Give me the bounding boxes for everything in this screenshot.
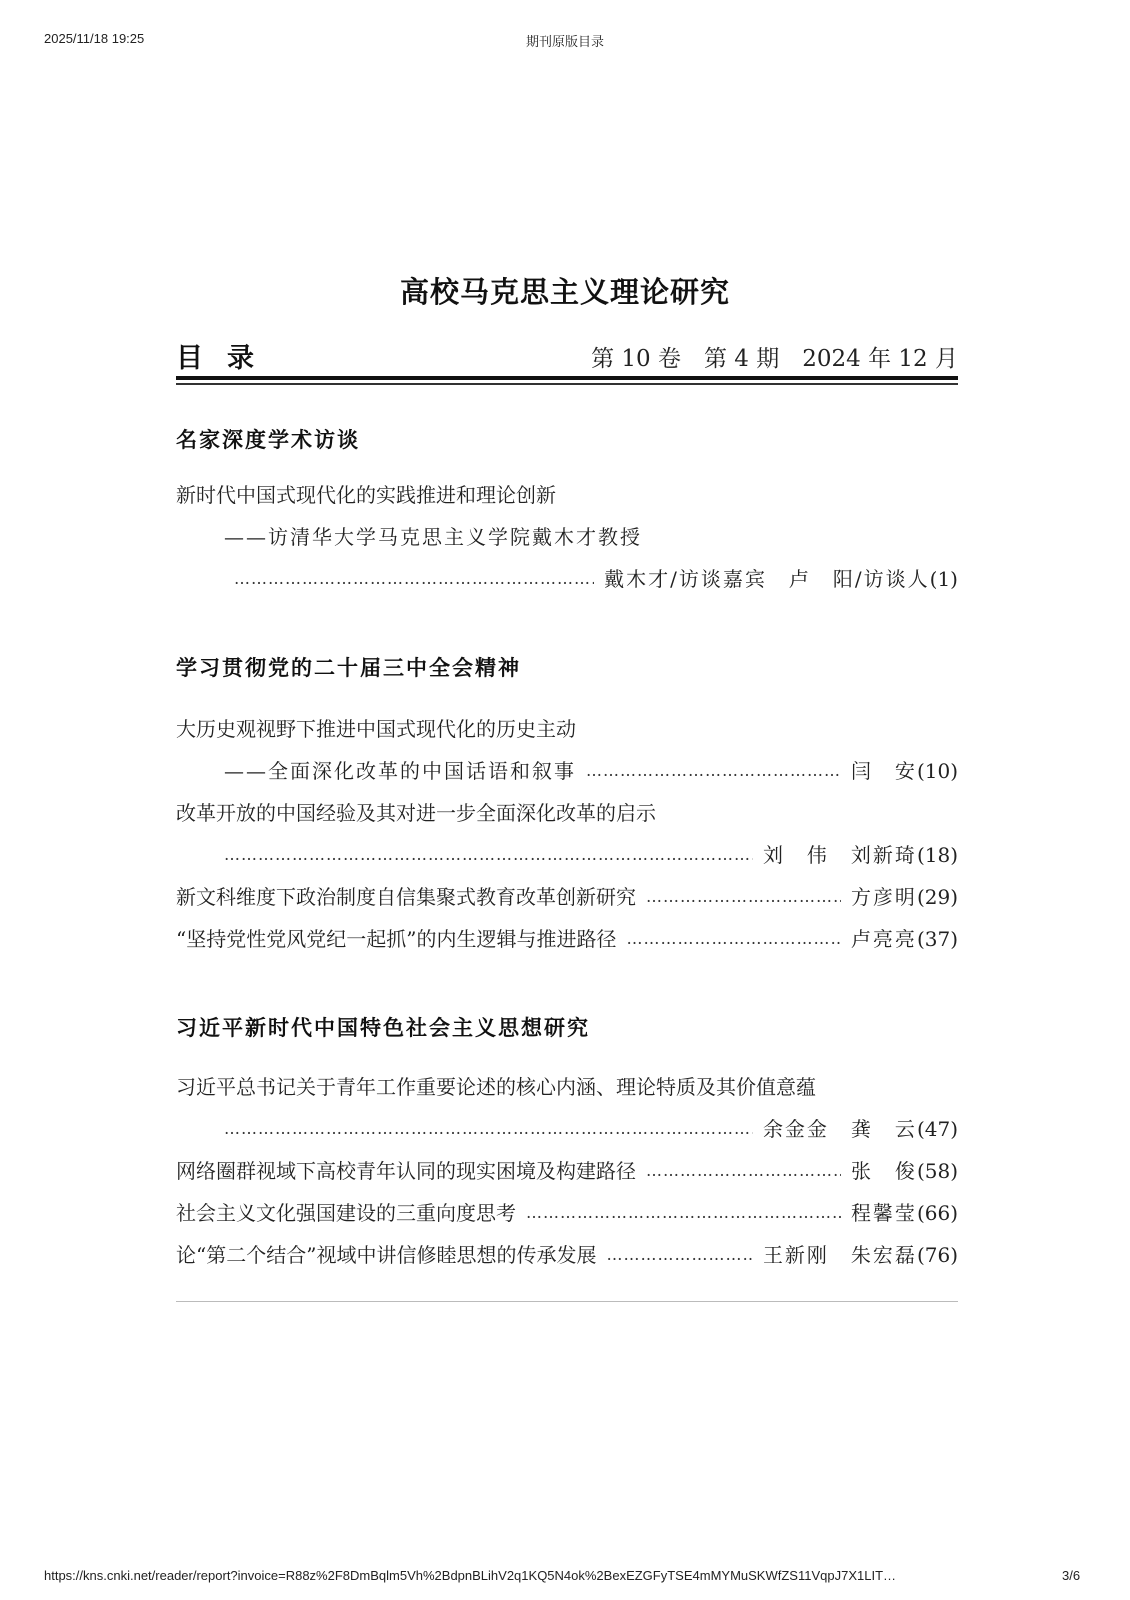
- toc-entry-authors: 方彦明: [851, 876, 917, 918]
- toc-entry-title[interactable]: 习近平总书记关于青年工作重要论述的核心内涵、理论特质及其价值意蕴: [176, 1066, 958, 1108]
- print-page-indicator: 3/6: [1062, 1568, 1080, 1583]
- toc-entry[interactable]: 论“第二个结合”视域中讲信修睦思想的传承发展 ………………………………………………: [176, 1234, 958, 1276]
- section-title: 学习贯彻党的二十届三中全会精神: [176, 652, 958, 692]
- toc-entry[interactable]: 网络圈群视域下高校青年认同的现实困境及构建路径 ……………………………………………: [176, 1150, 958, 1192]
- toc-entry-page[interactable]: (76): [917, 1234, 958, 1276]
- toc-entry-byline: ……………………………………………………………………………………………………………: [176, 558, 958, 600]
- toc-entry-authors: 王新刚 朱宏磊: [763, 1234, 917, 1276]
- toc-entry-title[interactable]: 新时代中国式现代化的实践推进和理论创新: [176, 474, 958, 516]
- dot-leader: ……………………………………………………………………………………………………………: [234, 558, 594, 600]
- toc-entry-title[interactable]: 改革开放的中国经验及其对进一步全面深化改革的启示: [176, 792, 958, 834]
- print-url: https://kns.cnki.net/reader/report?invoi…: [44, 1568, 896, 1583]
- dot-leader: ……………………………………………………………………………………………………………: [224, 1108, 753, 1150]
- dot-leader: ……………………………………………………………………………………………………………: [646, 876, 841, 918]
- toc-entry-subtitle: ——访清华大学马克思主义学院戴木才教授: [176, 516, 958, 558]
- toc-entry-page[interactable]: (10): [917, 750, 958, 792]
- toc-entry-page[interactable]: (47): [917, 1108, 958, 1150]
- toc-entry-subtitle: ——全面深化改革的中国话语和叙事: [224, 750, 576, 792]
- toc-entry[interactable]: 社会主义文化强国建设的三重向度思考 ……………………………………………………………: [176, 1192, 958, 1234]
- toc-entry-page[interactable]: (66): [917, 1192, 958, 1234]
- toc-entry-title[interactable]: 网络圈群视域下高校青年认同的现实困境及构建路径: [176, 1150, 636, 1192]
- toc-entry-title[interactable]: “坚持党性党风党纪一起抓”的内生逻辑与推进路径: [176, 918, 616, 960]
- dot-leader: ……………………………………………………………………………………………………………: [606, 1234, 752, 1276]
- toc-entry-authors: 卢亮亮: [851, 918, 917, 960]
- toc-entry-byline: ……………………………………………………………………………………………………………: [176, 834, 958, 876]
- toc-entry-page[interactable]: (58): [917, 1150, 958, 1192]
- toc-entry-title[interactable]: 新文科维度下政治制度自信集聚式教育改革创新研究: [176, 876, 636, 918]
- toc-entry[interactable]: “坚持党性党风党纪一起抓”的内生逻辑与推进路径 ……………………………………………: [176, 918, 958, 960]
- toc-entry-byline: ——全面深化改革的中国话语和叙事 ………………………………………………………………: [176, 750, 958, 792]
- toc-entry-page[interactable]: (29): [917, 876, 958, 918]
- header-double-rule: [176, 376, 958, 385]
- toc-entry-authors: 戴木才/访谈嘉宾 卢 阳/访谈人: [604, 558, 929, 600]
- toc-entry-page[interactable]: (37): [917, 918, 958, 960]
- dot-leader: ……………………………………………………………………………………………………………: [224, 834, 753, 876]
- bottom-rule: [176, 1301, 958, 1302]
- section-title: 名家深度学术访谈: [176, 424, 958, 464]
- journal-title: 高校马克思主义理论研究: [0, 270, 1130, 311]
- toc-entry-authors: 刘 伟 刘新琦: [763, 834, 917, 876]
- toc-label: 目录: [176, 336, 278, 375]
- section-xi-thought: 习近平新时代中国特色社会主义思想研究 习近平总书记关于青年工作重要论述的核心内涵…: [176, 1012, 958, 1276]
- toc-entry-title[interactable]: 大历史观视野下推进中国式现代化的历史主动: [176, 708, 958, 750]
- toc-entry-byline: ……………………………………………………………………………………………………………: [176, 1108, 958, 1150]
- toc-entry-page[interactable]: (1): [930, 558, 958, 600]
- dot-leader: ……………………………………………………………………………………………………………: [586, 750, 841, 792]
- toc-entry-authors: 程馨莹: [851, 1192, 917, 1234]
- toc-entry-authors: 闫 安: [851, 750, 917, 792]
- toc-header: 目录 第 10 卷 第 4 期 2024 年 12 月: [176, 336, 958, 372]
- section-third-plenum: 学习贯彻党的二十届三中全会精神 大历史观视野下推进中国式现代化的历史主动 ——全…: [176, 652, 958, 960]
- toc-entry-authors: 余金金 龚 云: [763, 1108, 917, 1150]
- dot-leader: ……………………………………………………………………………………………………………: [526, 1192, 841, 1234]
- dot-leader: ……………………………………………………………………………………………………………: [646, 1150, 841, 1192]
- toc-entry-title[interactable]: 论“第二个结合”视域中讲信修睦思想的传承发展: [176, 1234, 596, 1276]
- print-header: 2025/11/18 19:25 期刊原版目录: [0, 0, 1130, 60]
- toc-entry[interactable]: 新文科维度下政治制度自信集聚式教育改革创新研究 ……………………………………………: [176, 876, 958, 918]
- section-interviews: 名家深度学术访谈 新时代中国式现代化的实践推进和理论创新 ——访清华大学马克思主…: [176, 424, 958, 600]
- dot-leader: ……………………………………………………………………………………………………………: [626, 918, 840, 960]
- section-title: 习近平新时代中国特色社会主义思想研究: [176, 1012, 958, 1052]
- issue-info: 第 10 卷 第 4 期 2024 年 12 月: [591, 340, 958, 373]
- print-page-title: 期刊原版目录: [0, 31, 1130, 50]
- toc-entry-page[interactable]: (18): [917, 834, 958, 876]
- toc-entry-authors: 张 俊: [851, 1150, 917, 1192]
- toc-entry-title[interactable]: 社会主义文化强国建设的三重向度思考: [176, 1192, 516, 1234]
